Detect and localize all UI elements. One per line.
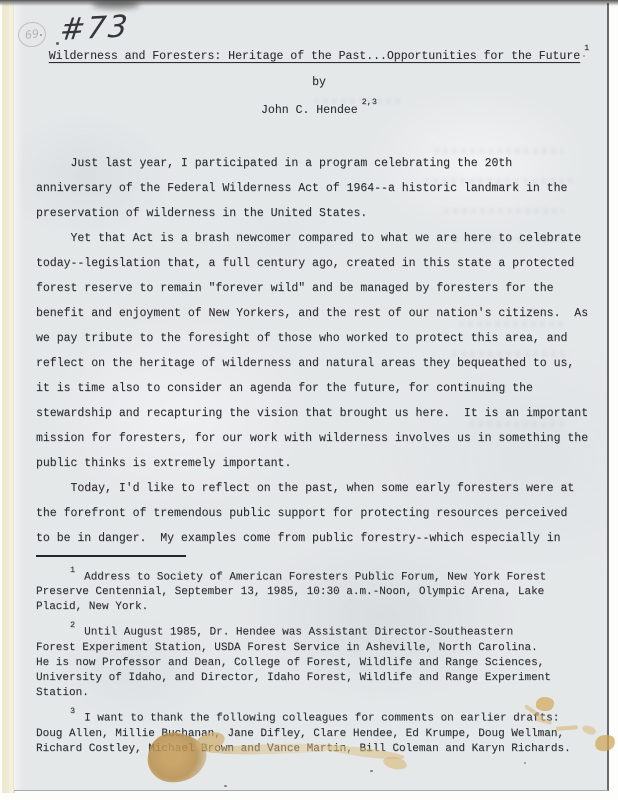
footnote: 3I want to thank the following colleague… [36, 707, 602, 757]
document-content: Wilderness and Foresters: Heritage of th… [36, 47, 602, 763]
scanned-document-page: 69 #73 Wilderness and Foresters: Heritag… [0, 0, 618, 800]
footnote-text: Address to Society of American Foresters… [36, 571, 546, 613]
ink-speck [524, 762, 526, 764]
title-text: Wilderness and Foresters: Heritage of th… [49, 50, 580, 63]
bleedthrough-smudge [424, 178, 574, 184]
ink-speck [224, 785, 227, 787]
ink-speck [583, 55, 585, 57]
bleedthrough-smudge [314, 98, 404, 104]
body-paragraph: Just last year, I participated in a prog… [36, 151, 602, 226]
footnote-separator [36, 555, 186, 557]
footnote: 1Address to Society of American Forester… [36, 566, 602, 616]
pencil-mark-text: 69 [24, 27, 40, 42]
paper-edge-highlight [14, 3, 23, 790]
footnote-text: I want to thank the following colleagues… [36, 713, 571, 755]
ink-speck [56, 42, 59, 45]
bleedthrough-smudge [459, 321, 564, 327]
paper-sheet: 69 #73 Wilderness and Foresters: Heritag… [14, 3, 609, 791]
scanner-edge-shadow [0, 0, 618, 6]
author-name: John C. Hendee [261, 104, 358, 117]
footnote-number: 2 [70, 620, 75, 630]
bleedthrough-smudge [452, 351, 570, 357]
bleedthrough-smudge [469, 421, 564, 427]
byline: by [36, 76, 602, 89]
bleedthrough-smudge [444, 208, 564, 214]
ink-speck [370, 770, 373, 772]
document-title: Wilderness and Foresters: Heritage of th… [36, 47, 602, 63]
handwritten-page-number: #73 [59, 9, 131, 48]
title-footnote-ref: 1 [584, 43, 589, 53]
footnote-text: Until August 1985, Dr. Hendee was Assist… [36, 627, 551, 699]
ink-speck [40, 34, 42, 36]
footnote-number: 1 [70, 565, 75, 575]
bleedthrough-smudge [434, 148, 564, 154]
footnote: 2Until August 1985, Dr. Hendee was Assis… [36, 621, 602, 701]
body-paragraph: Today, I'd like to reflect on the past, … [36, 476, 602, 551]
footnote-number: 3 [70, 706, 75, 716]
bleedthrough-smudge [454, 236, 564, 242]
